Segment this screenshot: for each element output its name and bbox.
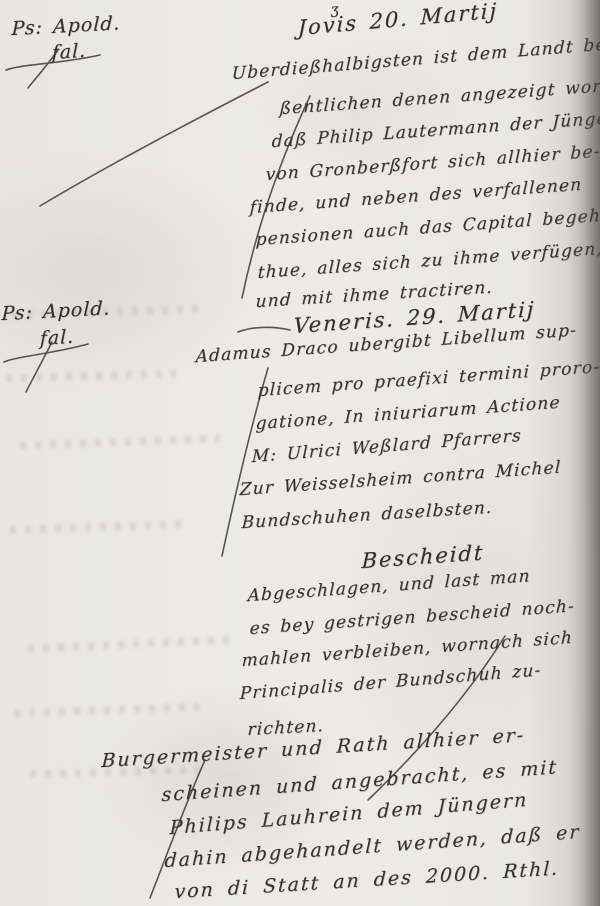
protocol-line: Uberdießhalbigsten ist dem Landt beywe- bbox=[231, 31, 600, 84]
margin-note-sub: fal. bbox=[40, 326, 75, 350]
decision-heading: Bescheidt bbox=[361, 540, 484, 573]
margin-note-sigla: Ps: Apold. bbox=[1, 297, 111, 325]
date-heading: Jovis 20. Martij bbox=[298, 0, 499, 40]
manuscript-page: ʒ Ps: Apold. fal. Jovis 20. Martij Uberd… bbox=[0, 0, 600, 906]
bleedthrough-smudge bbox=[10, 520, 190, 534]
bleedthrough-smudge bbox=[20, 435, 220, 450]
protocol-line: Bundschuhen daselbsten. bbox=[241, 498, 493, 533]
page-edge-shadow bbox=[566, 0, 600, 906]
margin-note-sigla: Ps: Apold. bbox=[11, 12, 121, 40]
bleedthrough-smudge bbox=[14, 703, 199, 717]
margin-note-sub: fal. bbox=[52, 40, 87, 64]
bleedthrough-smudge bbox=[28, 635, 238, 652]
bleedthrough-smudge bbox=[6, 370, 176, 382]
protocol-line: M: Ulrici Weßlard Pfarrers bbox=[251, 426, 522, 467]
decision-line: Abgeschlagen, und last man bbox=[247, 566, 531, 606]
